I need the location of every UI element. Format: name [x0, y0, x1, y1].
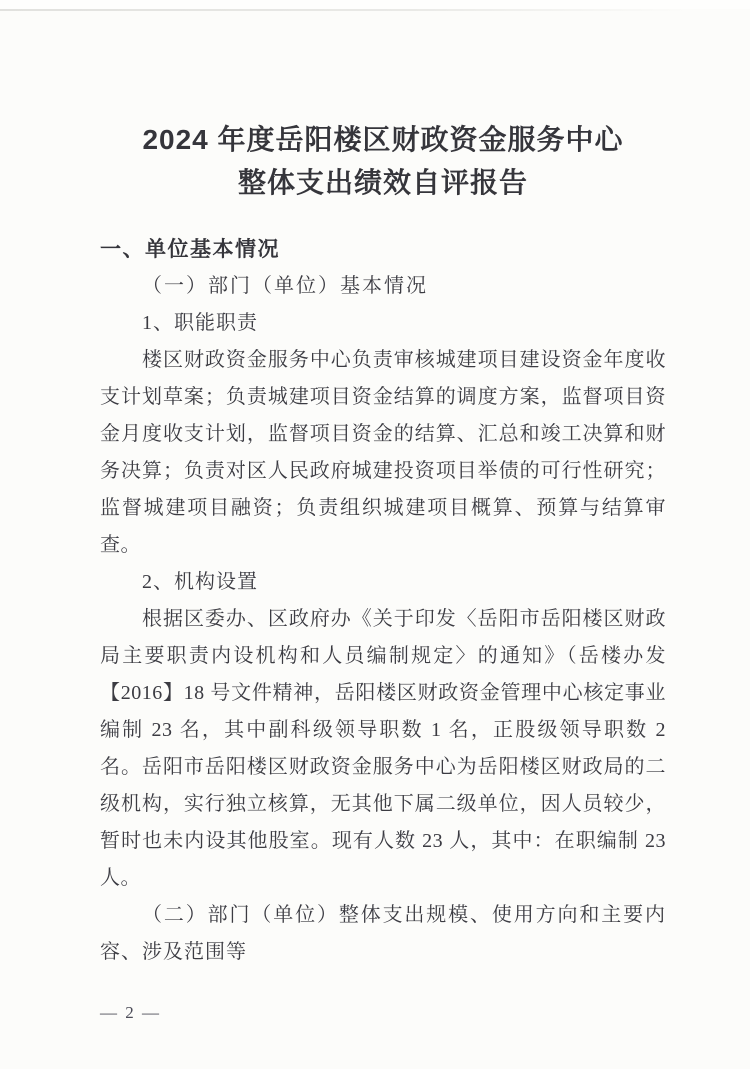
section-heading-unit-basic-info: 一、单位基本情况	[100, 231, 666, 268]
paragraph-functions-duties: 楼区财政资金服务中心负责审核城建项目建设资金年度收支计划草案；负责城建项目资金结…	[100, 342, 666, 564]
document-title: 2024 年度岳阳楼区财政资金服务中心 整体支出绩效自评报告	[100, 118, 666, 204]
document-body: 2024 年度岳阳楼区财政资金服务中心 整体支出绩效自评报告 一、单位基本情况 …	[100, 118, 666, 971]
paragraph-organization-setup: 根据区委办、区政府办《关于印发〈岳阳市岳阳楼区财政局主要职责内设机构和人员编制规…	[100, 601, 666, 897]
sub-heading-organization-setup: 2、机构设置	[100, 564, 666, 601]
document-title-line-2: 整体支出绩效自评报告	[100, 161, 666, 204]
document-title-line-1: 2024 年度岳阳楼区财政资金服务中心	[100, 118, 666, 161]
scanned-document-page: 2024 年度岳阳楼区财政资金服务中心 整体支出绩效自评报告 一、单位基本情况 …	[0, 0, 750, 1069]
sub-heading-department-basic-info: （一）部门（单位）基本情况	[100, 268, 666, 305]
page-number: — 2 —	[100, 1003, 161, 1023]
sub-heading-overall-expenditure-scope: （二）部门（单位）整体支出规模、使用方向和主要内容、涉及范围等	[100, 897, 666, 971]
scan-edge-artifact	[0, 9, 750, 11]
sub-heading-functions-duties: 1、职能职责	[100, 305, 666, 342]
scan-top-margin	[0, 0, 750, 9]
